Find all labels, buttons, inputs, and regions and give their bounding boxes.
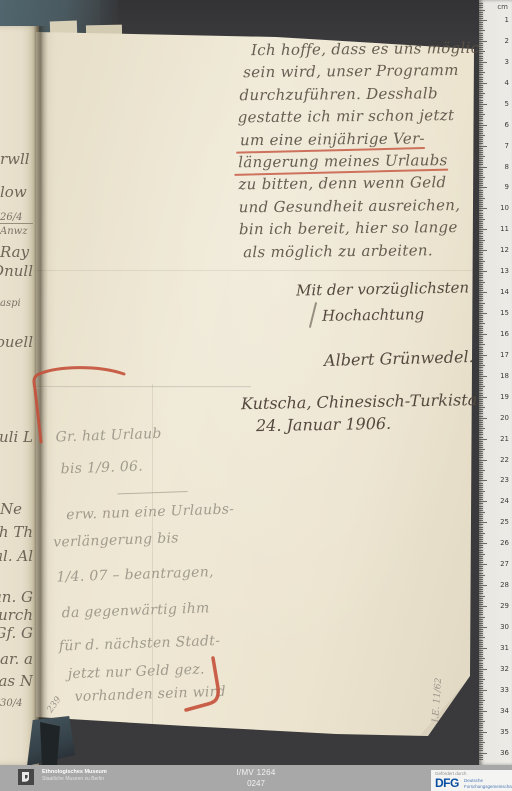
ruler-number: 36	[500, 749, 509, 757]
ruler-tick	[479, 263, 483, 264]
ruler-number: 10	[500, 204, 509, 212]
ruler-tick	[479, 282, 485, 283]
ruler-tick	[479, 319, 483, 320]
handwriting-fragment: bouell .	[0, 333, 33, 351]
ruler-tick	[479, 457, 483, 458]
ruler-tick	[479, 640, 483, 641]
ruler-tick	[479, 89, 483, 90]
ruler-tick	[479, 524, 483, 525]
ruler-tick	[479, 386, 485, 387]
handwriting-fragment: van. G	[0, 588, 33, 606]
ruler-tick	[479, 688, 483, 689]
ruler-tick	[479, 483, 483, 484]
ruler-tick	[479, 407, 485, 408]
ruler-tick	[479, 629, 483, 630]
ruler-tick	[479, 35, 483, 36]
ruler-tick	[479, 219, 485, 220]
ruler-tick	[479, 87, 483, 88]
ruler-tick	[479, 336, 483, 337]
ruler-tick	[479, 405, 483, 406]
ruler-tick	[479, 133, 483, 134]
ruler-tick	[479, 581, 483, 582]
ruler-tick	[479, 106, 483, 107]
ruler-tick	[479, 596, 485, 597]
ruler-tick	[479, 426, 483, 427]
ruler-tick	[479, 123, 483, 124]
ruler-tick	[479, 558, 483, 559]
ruler-tick	[479, 20, 487, 21]
ruler-tick	[479, 47, 483, 48]
ruler-tick	[479, 520, 483, 521]
ruler-tick	[479, 175, 483, 176]
ruler-tick	[479, 644, 483, 645]
ruler-tick	[479, 650, 483, 651]
ruler-tick	[479, 246, 483, 247]
dfg-abbreviation: DFG	[435, 776, 459, 790]
ruler-tick	[479, 631, 483, 632]
ruler-tick	[479, 93, 485, 94]
ruler-tick	[479, 669, 487, 670]
ruler-tick	[479, 401, 483, 402]
ruler-tick	[479, 250, 487, 251]
ruler-number: 21	[500, 435, 509, 443]
ruler-number: 25	[500, 518, 509, 526]
ruler-tick	[479, 173, 483, 174]
ruler-tick	[479, 690, 487, 691]
pencil-note: Gr. hat Urlaubbis 1/9. 06.erw. nun eine …	[49, 414, 269, 711]
ruler-tick	[479, 491, 485, 492]
ruler-tick	[479, 562, 483, 563]
ruler-tick	[479, 556, 483, 557]
ruler-tick	[479, 68, 483, 69]
ruler-tick	[479, 156, 485, 157]
ruler-tick	[479, 231, 483, 232]
ruler-tick	[479, 56, 483, 57]
ruler-tick	[479, 227, 483, 228]
ruler-tick	[479, 648, 487, 649]
ruler-tick	[479, 223, 483, 224]
letter-line: als möglich zu arbeiten.	[243, 241, 433, 261]
ruler-tick	[479, 539, 483, 540]
ruler-tick	[479, 30, 485, 31]
ruler-tick	[479, 146, 487, 147]
ruler-tick	[479, 686, 483, 687]
ruler-tick	[479, 317, 483, 318]
ruler-tick	[479, 633, 483, 634]
ruler-tick	[479, 26, 483, 27]
ruler-tick	[479, 476, 483, 477]
ruler-tick	[479, 37, 483, 38]
ruler-tick	[479, 171, 483, 172]
ruler-tick	[479, 240, 485, 241]
ruler-tick	[479, 472, 483, 473]
ruler-tick	[479, 363, 483, 364]
ruler-tick	[479, 598, 483, 599]
ruler-tick	[479, 229, 487, 230]
ruler-tick	[479, 464, 483, 465]
ruler-tick	[479, 95, 483, 96]
ruler-tick	[479, 344, 485, 345]
ruler-tick	[479, 665, 483, 666]
ruler-tick	[479, 736, 483, 737]
ruler-tick	[479, 424, 483, 425]
ruler-tick	[479, 568, 483, 569]
ruler-tick	[479, 489, 483, 490]
ruler-tick	[479, 160, 483, 161]
ruler-number: 7	[505, 142, 509, 150]
ruler-tick	[479, 187, 487, 188]
pencil-note-line: bis 1/9. 06.	[60, 459, 143, 478]
ruler-tick	[479, 265, 483, 266]
ruler-tick	[479, 560, 483, 561]
ruler-tick	[479, 300, 483, 301]
letter-line: längerung meines Urlaubs	[238, 151, 448, 171]
ruler-number: 22	[500, 456, 509, 464]
ruler-tick	[479, 447, 483, 448]
ruler-tick	[479, 210, 483, 211]
footer-bar: Ethnologisches Museum Staatliche Museen …	[0, 765, 512, 791]
ruler-tick	[479, 652, 483, 653]
ruler-tick	[479, 642, 483, 643]
ruler-tick	[479, 179, 483, 180]
ruler-tick	[479, 353, 483, 354]
ruler-tick	[479, 74, 483, 75]
ruler-tick	[479, 384, 483, 385]
ruler-tick	[479, 418, 487, 419]
ruler-unit-label: cm	[497, 3, 508, 11]
ruler-tick	[479, 681, 483, 682]
ruler-tick	[479, 81, 483, 82]
letter-line: bin ich bereit, hier so lange	[239, 218, 458, 238]
ruler-number: 31	[500, 644, 509, 652]
ruler-tick	[479, 673, 483, 674]
ruler-tick	[479, 206, 483, 207]
ruler-tick	[479, 72, 485, 73]
ruler-tick	[479, 608, 483, 609]
ruler-tick	[479, 610, 483, 611]
handwriting-fragment: 26/4	[0, 212, 33, 224]
ruler-tick	[479, 307, 483, 308]
ruler-tick	[479, 460, 487, 461]
ruler-tick	[479, 403, 483, 404]
ruler-number: 3	[505, 58, 509, 66]
ruler-tick	[479, 257, 483, 258]
ruler-tick	[479, 495, 483, 496]
ruler-tick	[479, 543, 487, 544]
ruler-tick	[479, 294, 483, 295]
ruler-tick	[479, 192, 483, 193]
ruler-number: 23	[500, 476, 509, 484]
ruler-tick	[479, 537, 483, 538]
ruler-tick	[479, 441, 483, 442]
ruler-tick	[479, 315, 483, 316]
ruler-tick	[479, 422, 483, 423]
ruler-tick	[479, 627, 487, 628]
ruler-tick	[479, 311, 483, 312]
ruler-tick	[479, 372, 483, 373]
ruler-tick	[479, 707, 483, 708]
ruler-tick	[479, 589, 483, 590]
ruler-tick	[479, 139, 483, 140]
ruler-tick	[479, 570, 483, 571]
ruler-tick	[479, 416, 483, 417]
ruler-tick	[479, 349, 483, 350]
ruler-tick	[479, 713, 483, 714]
ruler-tick	[479, 326, 483, 327]
ruler-tick	[479, 455, 483, 456]
ruler-tick	[479, 719, 483, 720]
ruler-tick	[479, 143, 483, 144]
ruler-tick	[479, 213, 483, 214]
ruler-tick	[479, 462, 483, 463]
ruler-tick	[479, 658, 485, 659]
handwriting-fragment: r das N	[0, 672, 33, 690]
ruler-tick	[479, 367, 483, 368]
ruler-tick	[479, 621, 483, 622]
ruler-tick	[479, 566, 483, 567]
ruler-tick	[479, 493, 483, 494]
letter-closing-line: Hochachtung	[322, 305, 424, 325]
ruler-tick	[479, 698, 483, 699]
ruler-tick	[479, 190, 483, 191]
ruler-tick	[479, 116, 483, 117]
ruler-tick	[479, 370, 483, 371]
ruler-tick	[479, 451, 483, 452]
ruler-tick	[479, 593, 483, 594]
ruler-tick	[479, 750, 483, 751]
ruler-tick	[479, 236, 483, 237]
binding-shadow-dark	[40, 722, 60, 766]
ruler-tick	[479, 671, 483, 672]
ruler-tick	[479, 700, 485, 701]
ruler-tick	[479, 141, 483, 142]
ruler-number: 18	[500, 372, 509, 380]
ruler-tick	[479, 514, 483, 515]
ruler-tick	[479, 510, 483, 511]
ruler-tick	[479, 614, 483, 615]
ruler-tick	[479, 501, 487, 502]
ruler-tick	[479, 395, 483, 396]
ruler-tick	[479, 583, 483, 584]
ruler-tick	[479, 541, 483, 542]
ruler-tick	[479, 292, 487, 293]
ruler-tick	[479, 70, 483, 71]
ruler-tick	[479, 374, 483, 375]
ruler-number: 19	[500, 393, 509, 401]
ruler-tick	[479, 721, 485, 722]
ruler-tick	[479, 233, 483, 234]
ruler-tick	[479, 298, 483, 299]
pencil-note-line: verlängerung bis	[53, 530, 179, 550]
ruler-tick	[479, 194, 483, 195]
ruler-tick	[479, 535, 483, 536]
ruler-tick	[479, 41, 487, 42]
ruler-number: 33	[500, 686, 509, 694]
ruler-tick	[479, 169, 483, 170]
ruler-tick	[479, 150, 483, 151]
ruler-tick	[479, 273, 483, 274]
ruler-number: 16	[500, 330, 509, 338]
handwriting-fragment: aspi	[0, 298, 33, 309]
ruler-tick	[479, 3, 483, 4]
ruler-tick	[479, 321, 483, 322]
ruler-tick	[479, 522, 487, 523]
ruler-tick	[479, 468, 483, 469]
ruler-tick	[479, 127, 483, 128]
ruler-tick	[479, 619, 483, 620]
ruler-tick	[479, 102, 483, 103]
handwriting-fragment: er ar. a	[0, 650, 33, 668]
ruler-tick	[479, 286, 483, 287]
pencil-note-line: 1/4. 07 – beantragen,	[56, 564, 214, 585]
ruler-tick	[479, 104, 487, 105]
ruler-tick	[479, 330, 483, 331]
handwriting-fragment: rwll	[0, 150, 33, 168]
ruler-tick	[479, 692, 483, 693]
handwriting-fragment: Anwz	[0, 226, 33, 237]
ruler-tick	[479, 683, 483, 684]
ruler-tick	[479, 656, 483, 657]
ruler-tick	[479, 637, 485, 638]
ruler-tick	[479, 7, 483, 8]
ruler-number: 24	[500, 497, 509, 505]
ruler-tick	[479, 43, 483, 44]
pencil-underline	[118, 491, 188, 494]
ruler-tick	[479, 259, 483, 260]
ruler-tick	[479, 60, 483, 61]
ruler-tick	[479, 5, 483, 6]
ruler-tick	[479, 723, 483, 724]
ruler-tick	[479, 361, 483, 362]
ruler-tick	[479, 696, 483, 697]
dfg-logo: Gefördert durch DFG Deutsche Forschungsg…	[431, 770, 512, 791]
ruler-tick	[479, 411, 483, 412]
ruler-tick	[479, 332, 483, 333]
ruler-tick	[479, 323, 485, 324]
handwriting-fragment: h Th	[0, 523, 33, 541]
ruler-tick	[479, 183, 483, 184]
ruler-tick	[479, 242, 483, 243]
pencil-note-line: erw. nun eine Urlaubs-	[66, 501, 234, 523]
ruler-tick	[479, 365, 485, 366]
ruler-tick	[479, 382, 483, 383]
ruler-tick	[479, 550, 483, 551]
ruler-tick	[479, 437, 483, 438]
ruler-tick	[479, 646, 483, 647]
ruler-tick	[479, 303, 485, 304]
ruler-tick	[479, 342, 483, 343]
ruler-tick	[479, 677, 483, 678]
ruler-number: 30	[500, 623, 509, 631]
ruler-tick	[479, 533, 485, 534]
ruler-tick	[479, 518, 483, 519]
ruler-tick	[479, 340, 483, 341]
ruler-tick	[479, 512, 485, 513]
ruler-tick	[479, 499, 483, 500]
dfg-org-name: Deutsche Forschungsgemeinschaft	[464, 778, 510, 789]
date-line: 24. Januar 1906.	[256, 414, 391, 435]
ruler-tick	[479, 508, 483, 509]
letter-line: sein wird, unser Programm	[243, 61, 459, 81]
ruler-tick	[479, 527, 483, 528]
ruler-tick	[479, 338, 483, 339]
ruler-tick	[479, 290, 483, 291]
ruler-number: 32	[500, 665, 509, 673]
ruler-tick	[479, 24, 483, 25]
ruler-tick	[479, 16, 483, 17]
ruler-tick	[479, 100, 483, 101]
ruler-tick	[479, 740, 483, 741]
ruler-tick	[479, 746, 483, 747]
ruler-tick	[479, 49, 483, 50]
ruler-tick	[479, 359, 483, 360]
ruler-tick	[479, 725, 483, 726]
ruler-tick	[479, 252, 483, 253]
ruler-tick	[479, 238, 483, 239]
ruler-tick	[479, 275, 483, 276]
ruler-number: 17	[500, 351, 509, 359]
ruler-tick	[479, 79, 483, 80]
ruler-tick	[479, 284, 483, 285]
ruler-number: 8	[505, 163, 509, 171]
ruler-tick	[479, 434, 483, 435]
ruler-tick	[479, 753, 487, 754]
ruler-tick	[479, 277, 483, 278]
ruler-tick	[479, 217, 483, 218]
ruler-tick	[479, 704, 483, 705]
ruler-tick	[479, 430, 483, 431]
pencil-note-line: für d. nächsten Stadt-	[59, 633, 221, 655]
ruler-tick	[479, 547, 483, 548]
ruler-tick	[479, 470, 485, 471]
ruler-tick	[479, 623, 483, 624]
ruler-tick	[479, 497, 483, 498]
ruler-tick	[479, 579, 483, 580]
ruler-tick	[479, 267, 483, 268]
ruler-tick	[479, 225, 483, 226]
ruler-tick	[479, 397, 487, 398]
ruler-tick	[479, 487, 483, 488]
ruler-tick	[479, 244, 483, 245]
signature: Albert Grünwedel.	[324, 347, 474, 370]
ruler-tick	[479, 617, 485, 618]
letter-line: gestatte ich mir schon jetzt	[238, 106, 455, 126]
ruler-tick	[479, 334, 487, 335]
ruler-tick	[479, 663, 483, 664]
ruler-tick	[479, 110, 483, 111]
ruler-tick	[479, 748, 483, 749]
ruler-number: 35	[500, 728, 509, 736]
ruler-tick	[479, 118, 483, 119]
ruler-tick	[479, 158, 483, 159]
ruler-tick	[479, 413, 483, 414]
ruler-tick	[479, 120, 483, 121]
ruler-tick	[479, 39, 483, 40]
ruler-tick	[479, 22, 483, 23]
ruler-tick	[479, 167, 487, 168]
ruler-tick	[479, 221, 483, 222]
ruler-tick	[479, 715, 483, 716]
ruler-tick	[479, 732, 487, 733]
ruler-number: 9	[505, 183, 509, 191]
ruler-tick	[479, 204, 483, 205]
ruler-tick	[479, 66, 483, 67]
ruler-tick	[479, 108, 483, 109]
ruler-tick	[479, 439, 487, 440]
ruler-number: 28	[500, 581, 509, 589]
ruler-tick	[479, 591, 483, 592]
ruler-tick	[479, 759, 483, 760]
